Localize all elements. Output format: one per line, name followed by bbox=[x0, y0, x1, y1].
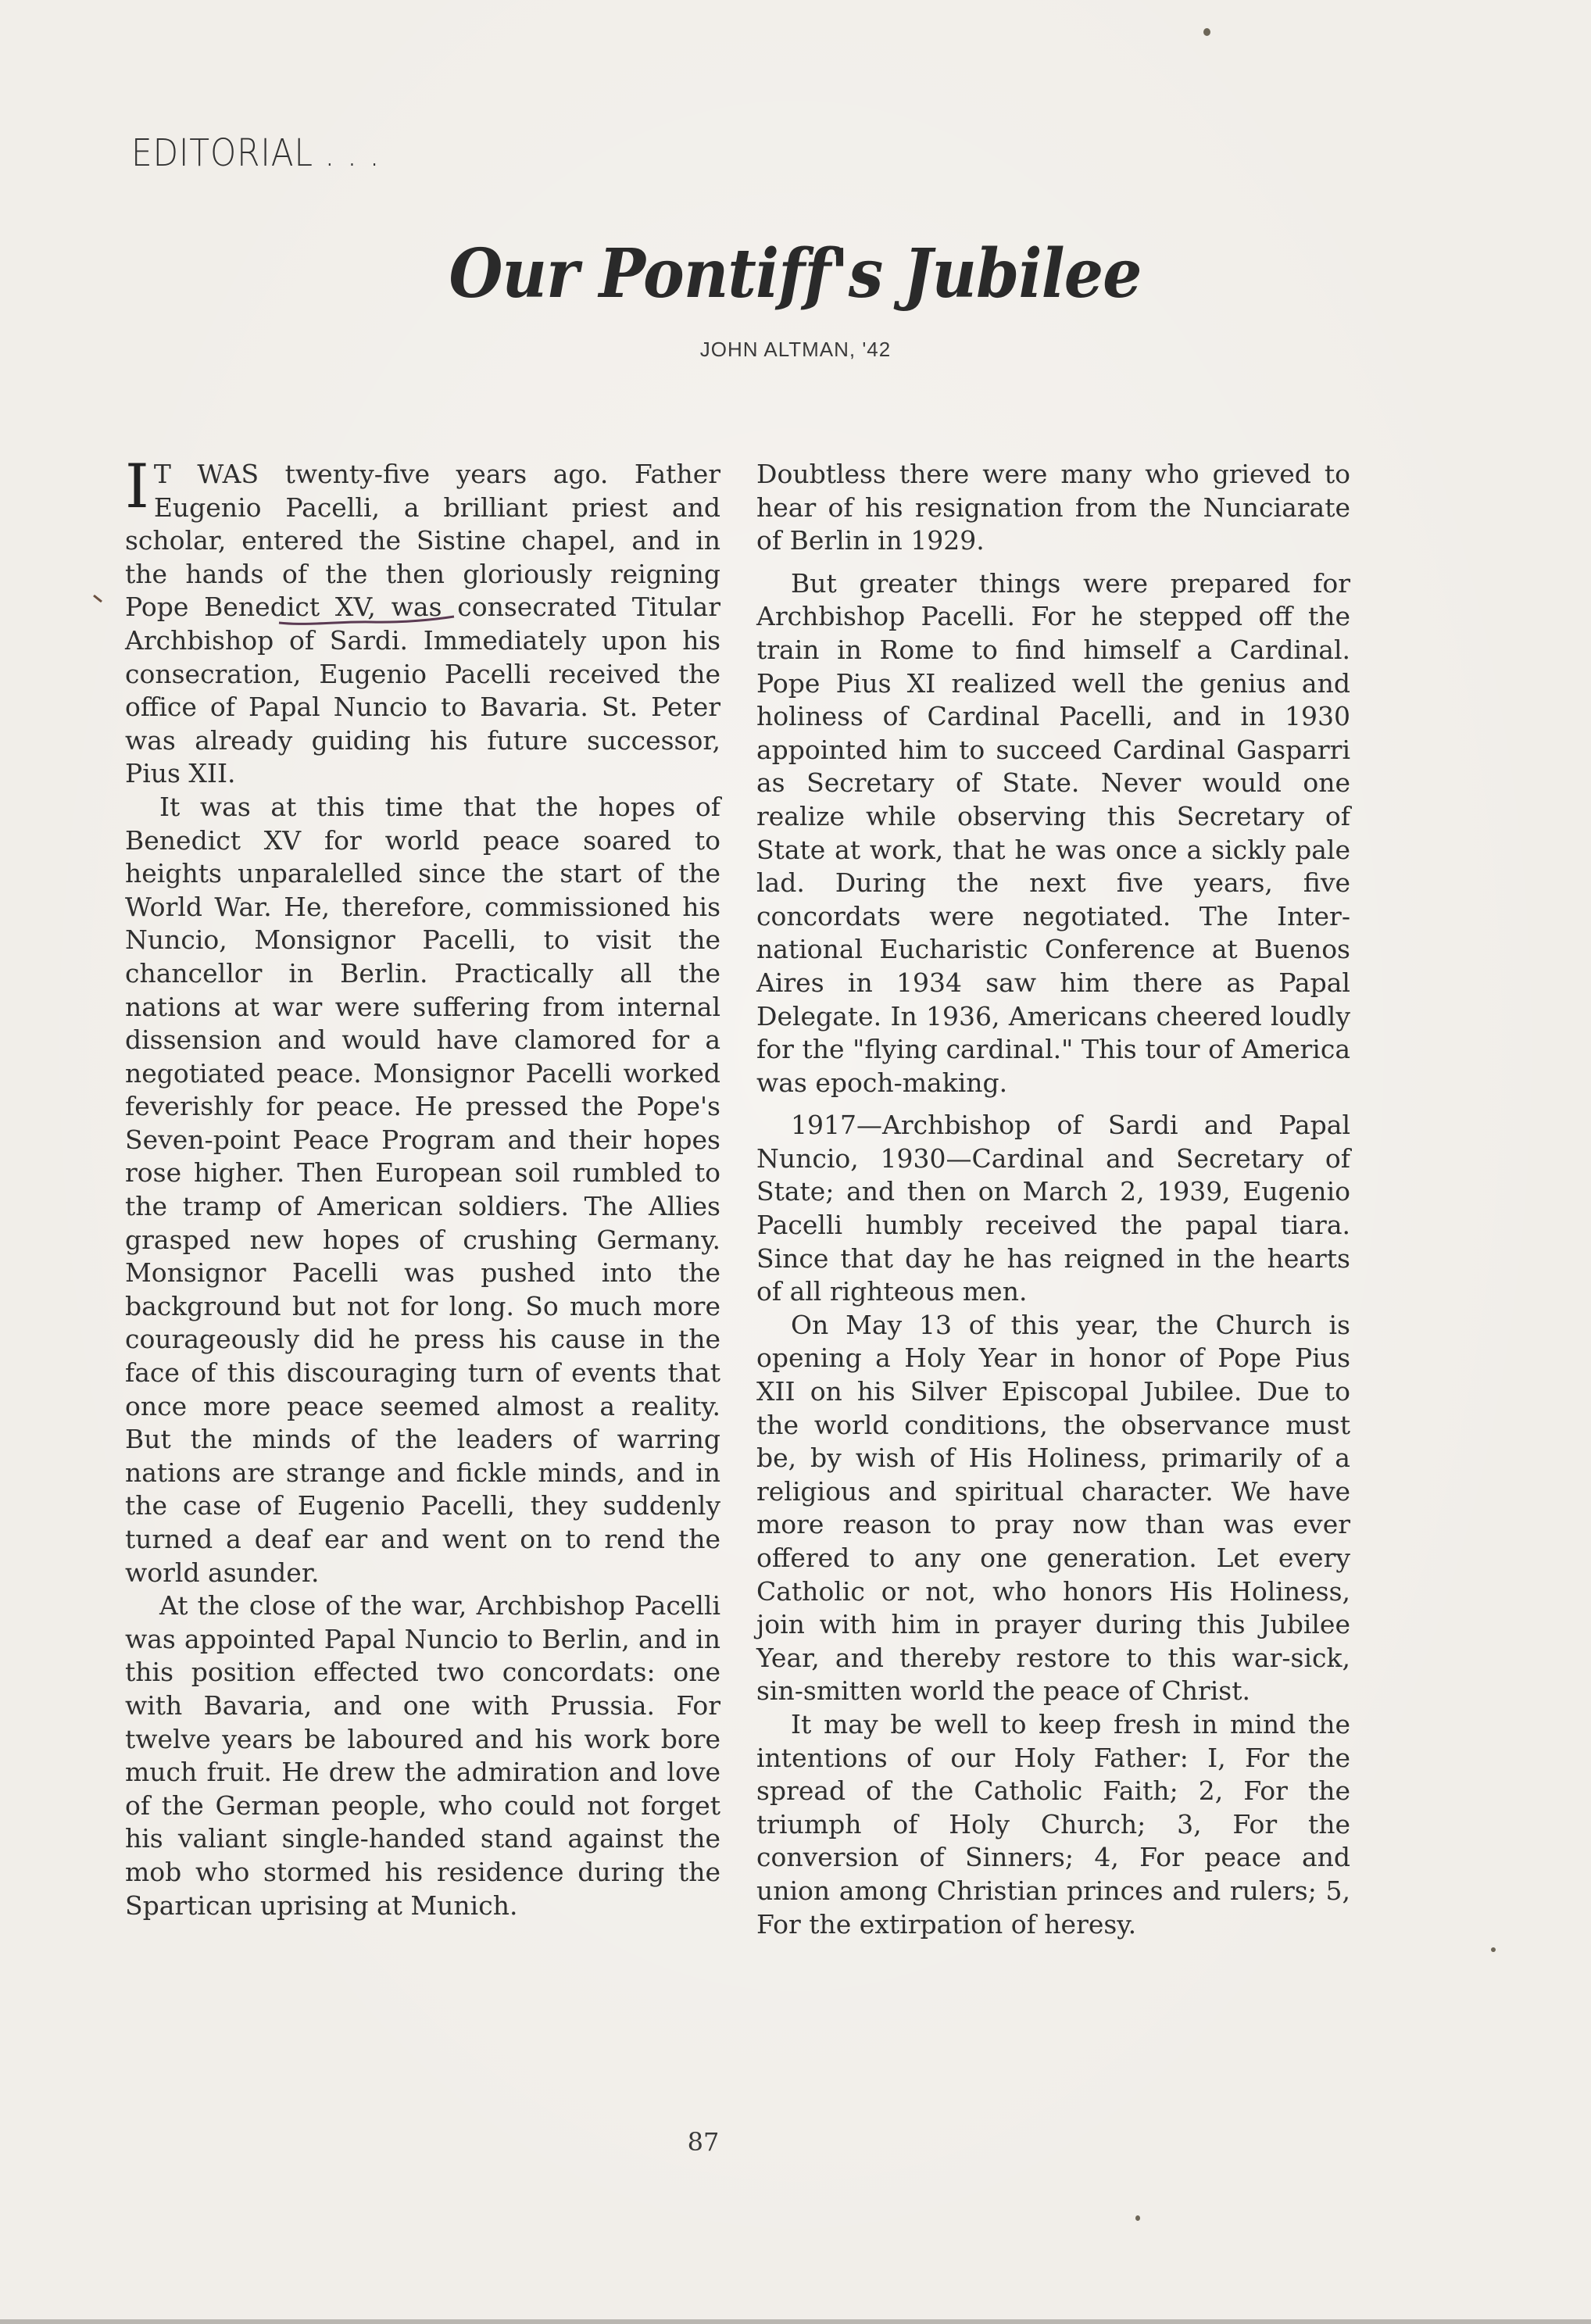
paragraph-4: Doubtless there were many who grieved to… bbox=[756, 458, 1350, 558]
section-label: EDITORIAL . . . bbox=[131, 131, 381, 175]
paragraph-6: 1917—Archbishop of Sardi and Papal Nunci… bbox=[756, 1109, 1350, 1309]
drop-cap: I bbox=[125, 463, 149, 511]
paragraph-1: IT WAS twenty-five years ago. Father Eug… bbox=[125, 458, 720, 791]
article-title-text: Our Pontiff's Jubilee bbox=[449, 234, 1142, 313]
right-column: Doubtless there were many who grieved to… bbox=[756, 458, 1350, 1941]
paper-speck bbox=[1203, 28, 1210, 36]
page-number: 87 bbox=[0, 2127, 1407, 2157]
paper-speck bbox=[1135, 2215, 1140, 2221]
byline: JOHN ALTMAN, '42 bbox=[0, 338, 1591, 362]
paper-speck bbox=[1491, 1947, 1496, 1952]
paragraph-7: On May 13 of this year, the Church is op… bbox=[756, 1309, 1350, 1708]
paragraph-3: At the close of the war, Archbishop Pace… bbox=[125, 1589, 720, 1922]
page-bottom-edge bbox=[0, 2319, 1591, 2324]
left-column: IT WAS twenty-five years ago. Father Eug… bbox=[125, 458, 720, 1922]
paragraph-1-text: T WAS twenty-five years ago. Father Euge… bbox=[125, 459, 720, 788]
paragraph-8: It may be well to keep fresh in mind the… bbox=[756, 1708, 1350, 1941]
paragraph-5: But greater things were prepared for Arc… bbox=[756, 567, 1350, 1100]
article-title: Our Pontiff's Jubilee bbox=[0, 234, 1591, 313]
paragraph-2: It was at this time that the hopes of Be… bbox=[125, 791, 720, 1589]
margin-pen-mark-icon bbox=[92, 594, 105, 603]
